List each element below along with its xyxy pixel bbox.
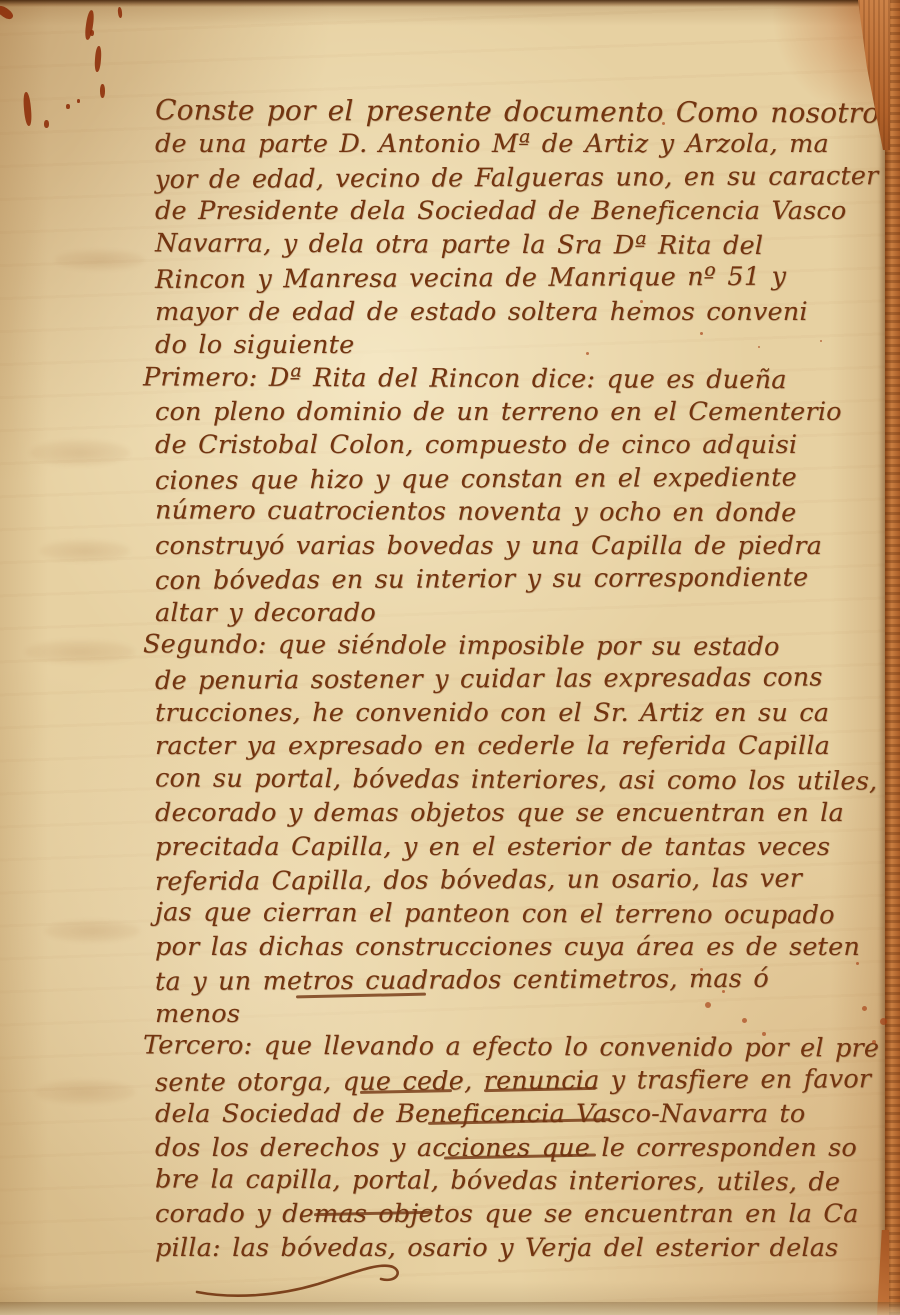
manuscript-line: Segundo: que siéndole imposible por su e… bbox=[143, 628, 897, 665]
binding-edge bbox=[885, 0, 900, 1315]
ink-speck bbox=[690, 146, 692, 148]
ink-speck bbox=[586, 352, 589, 355]
ink-speck bbox=[880, 1018, 887, 1025]
ink-blot bbox=[90, 30, 94, 36]
manuscript-line: mayor de edad de estado soltera hemos co… bbox=[155, 296, 897, 329]
manuscript-line: con pleno dominio de un terreno en el Ce… bbox=[155, 396, 897, 429]
ink-speck bbox=[700, 332, 703, 335]
ink-speck bbox=[705, 1002, 711, 1008]
ink-blot bbox=[117, 7, 122, 18]
ink-showthrough bbox=[30, 440, 130, 466]
manuscript-line: precitada Capilla, y en el esterior de t… bbox=[155, 831, 897, 864]
ink-speck bbox=[862, 1006, 867, 1011]
manuscript-line: dos los derechos y acciones que le corre… bbox=[155, 1132, 897, 1165]
ink-speck bbox=[758, 346, 760, 348]
manuscript-line: trucciones, he convenido con el Sr. Arti… bbox=[155, 697, 897, 730]
manuscript-line: do lo siguiente bbox=[155, 329, 897, 362]
manuscript-line: menos bbox=[155, 998, 897, 1031]
ink-blot bbox=[23, 92, 33, 126]
ink-speck bbox=[748, 640, 750, 642]
manuscript-line: de Cristobal Colon, compuesto de cinco a… bbox=[155, 429, 897, 462]
ink-speck bbox=[662, 122, 665, 125]
manuscript-photo: Conste por el presente documento Como no… bbox=[0, 0, 900, 1315]
manuscript-line: racter ya expresado en cederle la referi… bbox=[155, 730, 897, 763]
ink-showthrough bbox=[25, 640, 135, 664]
manuscript-line: Tercero: que llevando a efecto lo conven… bbox=[143, 1030, 897, 1067]
manuscript-line: de Presidente dela Sociedad de Beneficen… bbox=[155, 195, 897, 228]
manuscript-line: referida Capilla, dos bóvedas, un osario… bbox=[155, 862, 897, 899]
manuscript-line: de una parte D. Antonio Mª de Artiz y Ar… bbox=[155, 128, 897, 161]
manuscript-line: con bóvedas en su interior y su correspo… bbox=[155, 561, 897, 598]
ink-showthrough bbox=[40, 540, 130, 562]
manuscript-line: sente otorga, que cede, renuncia y trasf… bbox=[155, 1063, 897, 1100]
ink-blot bbox=[100, 84, 105, 98]
manuscript-line: con su portal, bóvedas interiores, asi c… bbox=[155, 762, 897, 799]
manuscript-line: Primero: Dª Rita del Rincon dice: que es… bbox=[143, 361, 897, 398]
manuscript-line: Rincon y Manresa vecina de Manrique nº 5… bbox=[155, 260, 897, 297]
manuscript-line: yor de edad, vecino de Falgueras uno, en… bbox=[155, 160, 897, 197]
manuscript-line: decorado y demas objetos que se encuentr… bbox=[155, 797, 897, 830]
manuscript-line: ciones que hizo y que constan en el expe… bbox=[155, 461, 897, 498]
flourish-stroke bbox=[193, 1256, 408, 1300]
ink-speck bbox=[742, 1018, 747, 1023]
ink-speck bbox=[820, 340, 822, 342]
page-bottom-edge bbox=[0, 1302, 900, 1315]
manuscript-line: número cuatrocientos noventa y ocho en d… bbox=[155, 495, 897, 532]
ink-blot bbox=[77, 99, 80, 103]
ink-speck bbox=[640, 300, 643, 303]
manuscript-line: bre la capilla, portal, bóvedas interior… bbox=[155, 1163, 897, 1200]
ink-showthrough bbox=[55, 250, 145, 270]
manuscript-line: dela Sociedad de Beneficencia Vasco-Nava… bbox=[155, 1098, 897, 1131]
manuscript-line: altar y decorado bbox=[155, 597, 897, 630]
ink-speck bbox=[762, 1032, 766, 1036]
manuscript-line: Conste por el presente documento Como no… bbox=[155, 93, 897, 130]
page-top-edge bbox=[0, 0, 900, 7]
manuscript-line: de penuria sostener y cuidar las expresa… bbox=[155, 661, 897, 698]
ink-blot bbox=[44, 120, 49, 128]
manuscript-line: por las dichas construcciones cuya área … bbox=[155, 931, 897, 964]
manuscript-line: ta y un metros cuadrados centimetros, ma… bbox=[155, 962, 897, 999]
manuscript-line: jas que cierran el panteon con el terren… bbox=[155, 896, 897, 933]
ink-speck bbox=[856, 962, 859, 965]
ink-blot bbox=[94, 46, 102, 72]
ink-speck bbox=[818, 942, 821, 945]
manuscript-line: corado y demas objetos que se encuentran… bbox=[155, 1198, 897, 1231]
manuscript-line: Navarra, y dela otra parte la Sra Dª Rit… bbox=[155, 227, 897, 264]
manuscript-line: construyó varias bovedas y una Capilla d… bbox=[155, 530, 897, 563]
ink-speck bbox=[700, 968, 703, 971]
ink-blot bbox=[66, 104, 70, 109]
ink-showthrough bbox=[35, 1080, 135, 1104]
ink-speck bbox=[722, 990, 725, 993]
ink-speck bbox=[872, 1040, 876, 1044]
ink-blot bbox=[84, 10, 95, 41]
ink-showthrough bbox=[45, 920, 140, 942]
